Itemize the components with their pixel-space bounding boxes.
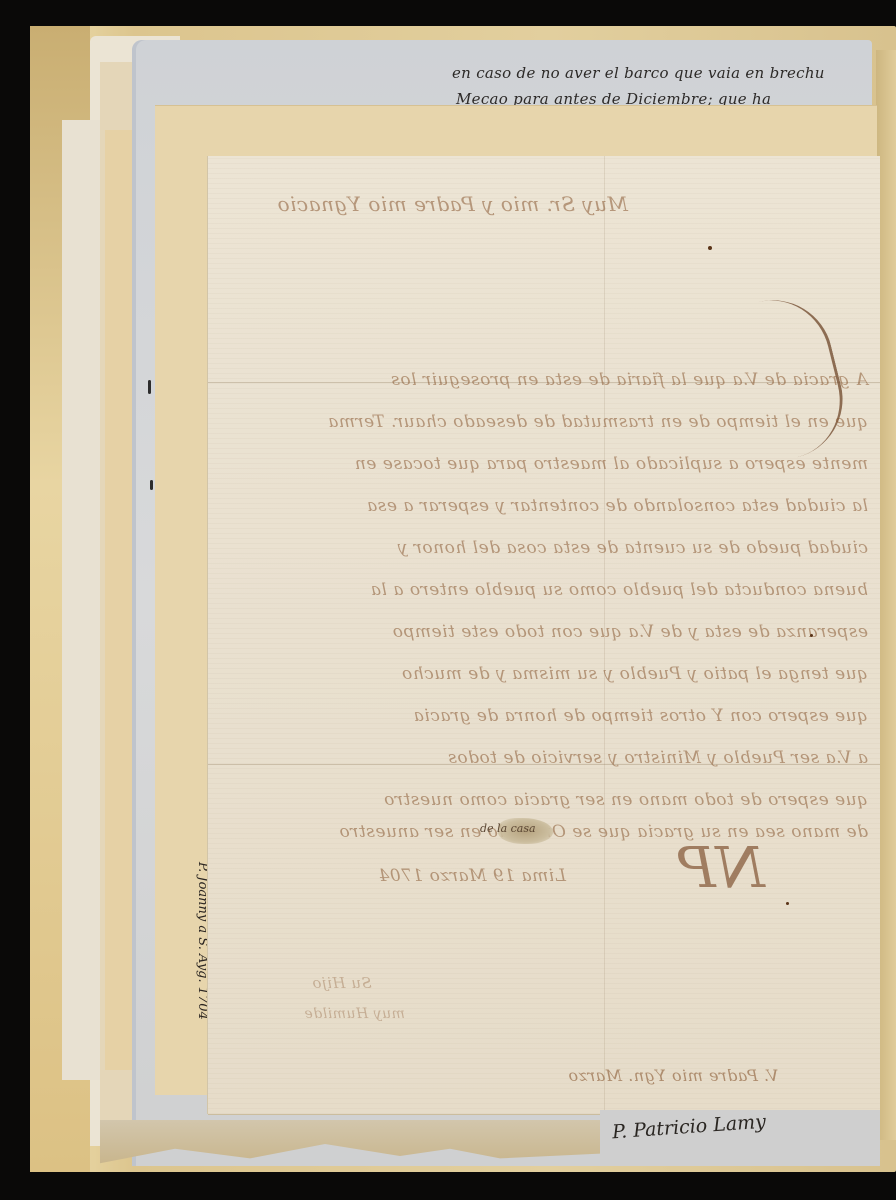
ink-spot: [708, 246, 712, 250]
letter-closing: muy Humilde: [304, 1006, 405, 1022]
letter-closing: Su Hijo: [312, 974, 372, 992]
ink-spot: [786, 902, 789, 905]
margin-annotation: P. Joanny a S. Ayg. 1704: [190, 862, 210, 1042]
letter-page: Muy Sr. mio y Padre mio Ygnacio A gracia…: [208, 156, 880, 1114]
letter-line: que en el tiempo de en trasmutad de dese…: [228, 412, 868, 432]
letter-address-line: V. Padre mio Ygn. Marzo: [568, 1066, 868, 1085]
ink-mark: [150, 480, 153, 490]
letter-line: la ciudad esta consolando de contentar y…: [228, 496, 868, 516]
stain-annotation: de la casa: [480, 822, 536, 835]
letter-line: que espero con Y otros tiempo de honra d…: [228, 706, 868, 726]
letter-line: que espero de todo mano en ser gracia co…: [228, 790, 868, 810]
letter-line: A gracia de V.a que la fiaria de esta en…: [228, 370, 868, 390]
letter-line: a V.a ser Pueblo y Ministro y servicio d…: [228, 748, 868, 768]
letter-line: ciudad puedo de su cuenta de esta cosa d…: [228, 538, 868, 558]
letter-line: buena conducta del pueblo como su pueblo…: [228, 580, 868, 600]
ink-spot: [810, 634, 813, 637]
signature-monogram: NP: [678, 836, 765, 901]
letter-date: Lima 19 Marzo 1704: [378, 866, 618, 886]
ink-mark: [148, 380, 151, 394]
grey-sheet-note-line-1: en caso de no aver el barco que vaia en …: [452, 64, 825, 82]
paper-sheet-beige-edge: [105, 130, 135, 1070]
letter-line: que tenga el patio y Pueblo y su misma y…: [228, 664, 868, 684]
letter-salutation: Muy Sr. mio y Padre mio Ygnacio: [308, 192, 628, 216]
letter-line: esperanza de esta y de V.a que con todo …: [228, 622, 868, 642]
letter-line: mente espero a suplicado al maestro para…: [228, 454, 868, 474]
